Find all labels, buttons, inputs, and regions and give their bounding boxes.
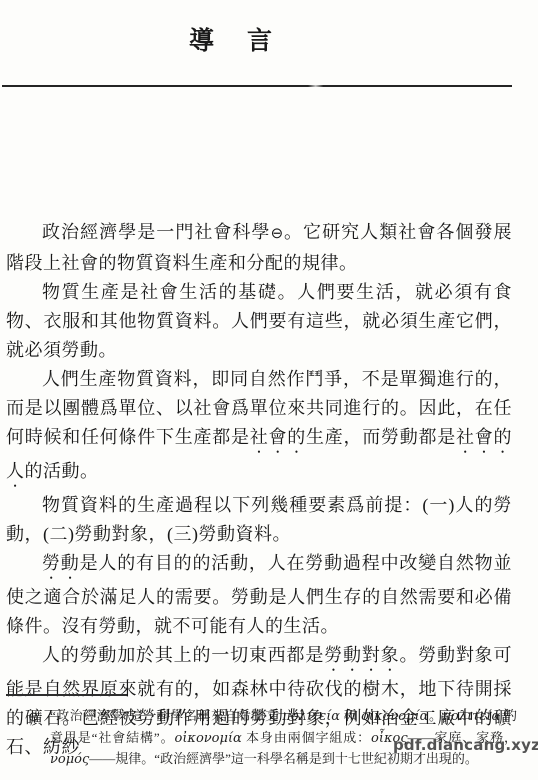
text-run: 是人的有目的的活動，人在勞動過程中改變自然物並使之適合於滿足人的需要。勞動是人們… bbox=[6, 553, 512, 636]
emphasized-text: 社會的 bbox=[250, 427, 306, 447]
page-title: 導 言 bbox=[189, 21, 276, 57]
watermark: pdf.diancang.xyz bbox=[393, 736, 538, 754]
greek-term: πολιτεία bbox=[282, 709, 340, 724]
paragraph: 人們生產物質資料，即同自然作鬥爭，不是單獨進行的，而是以團體爲單位、以社會爲單位… bbox=[6, 365, 512, 491]
text-run: 和 bbox=[340, 708, 361, 723]
greek-term: οἰκονομία bbox=[175, 731, 242, 746]
text-run: 本身由兩個字組成： bbox=[242, 730, 371, 745]
text-run: 人的勞動加於其上的一切東西都是 bbox=[42, 645, 324, 665]
greek-term: νομός bbox=[50, 752, 89, 767]
footnote-divider-rule bbox=[6, 694, 127, 696]
title-divider-rule bbox=[2, 85, 512, 87]
text-run: “政治經濟學”這一科學名稱來自希臘文 bbox=[50, 708, 282, 723]
text-run: 物質生產是社會生活的基礎。人們要生活，就必須有食物、衣服和其他物質資料。人們要有… bbox=[6, 282, 512, 360]
greek-term: οἰκονομία bbox=[361, 709, 428, 724]
paragraph: 政治經濟學是一門社會科學⊖。它研究人類社會各個發展階段上社會的物質資料生產和分配… bbox=[6, 218, 512, 278]
scanned-book-page: 導 言 政治經濟學是一門社會科學⊖。它研究人類社會各個發展階段上社會的物質資料生… bbox=[0, 0, 538, 780]
footnote-marker-ref: ⊖ bbox=[271, 226, 284, 242]
emphasized-text: 勞動對象 bbox=[324, 645, 399, 665]
emphasized-text: 勞動 bbox=[42, 553, 80, 573]
footnote-marker: ⊖ bbox=[28, 706, 50, 728]
text-run: 的活動。 bbox=[25, 461, 99, 481]
body-text: 政治經濟學是一門社會科學⊖。它研究人類社會各個發展階段上社會的物質資料生產和分配… bbox=[6, 218, 512, 762]
paragraph: 物質生產是社會生活的基礎。人們要生活，就必須有食物、衣服和其他物質資料。人們要有… bbox=[6, 278, 512, 365]
text-run: 物質資料的生產過程以下列幾種要素爲前提：(一)人的勞動，(二)勞動對象，(三)勞… bbox=[6, 495, 512, 544]
paragraph: 物質資料的生產過程以下列幾種要素爲前提：(一)人的勞動，(二)勞動對象，(三)勞… bbox=[6, 491, 512, 549]
text-run: 。 bbox=[428, 708, 442, 723]
paragraph: 勞動是人的有目的的活動，人在勞動過程中改變自然物並使之適合於滿足人的需要。勞動是… bbox=[6, 549, 512, 641]
text-run: 政治經濟學是一門社會科學 bbox=[42, 222, 271, 242]
greek-term: πολιτεία bbox=[442, 709, 500, 724]
text-run: 生產，而勞動都是 bbox=[306, 427, 456, 447]
